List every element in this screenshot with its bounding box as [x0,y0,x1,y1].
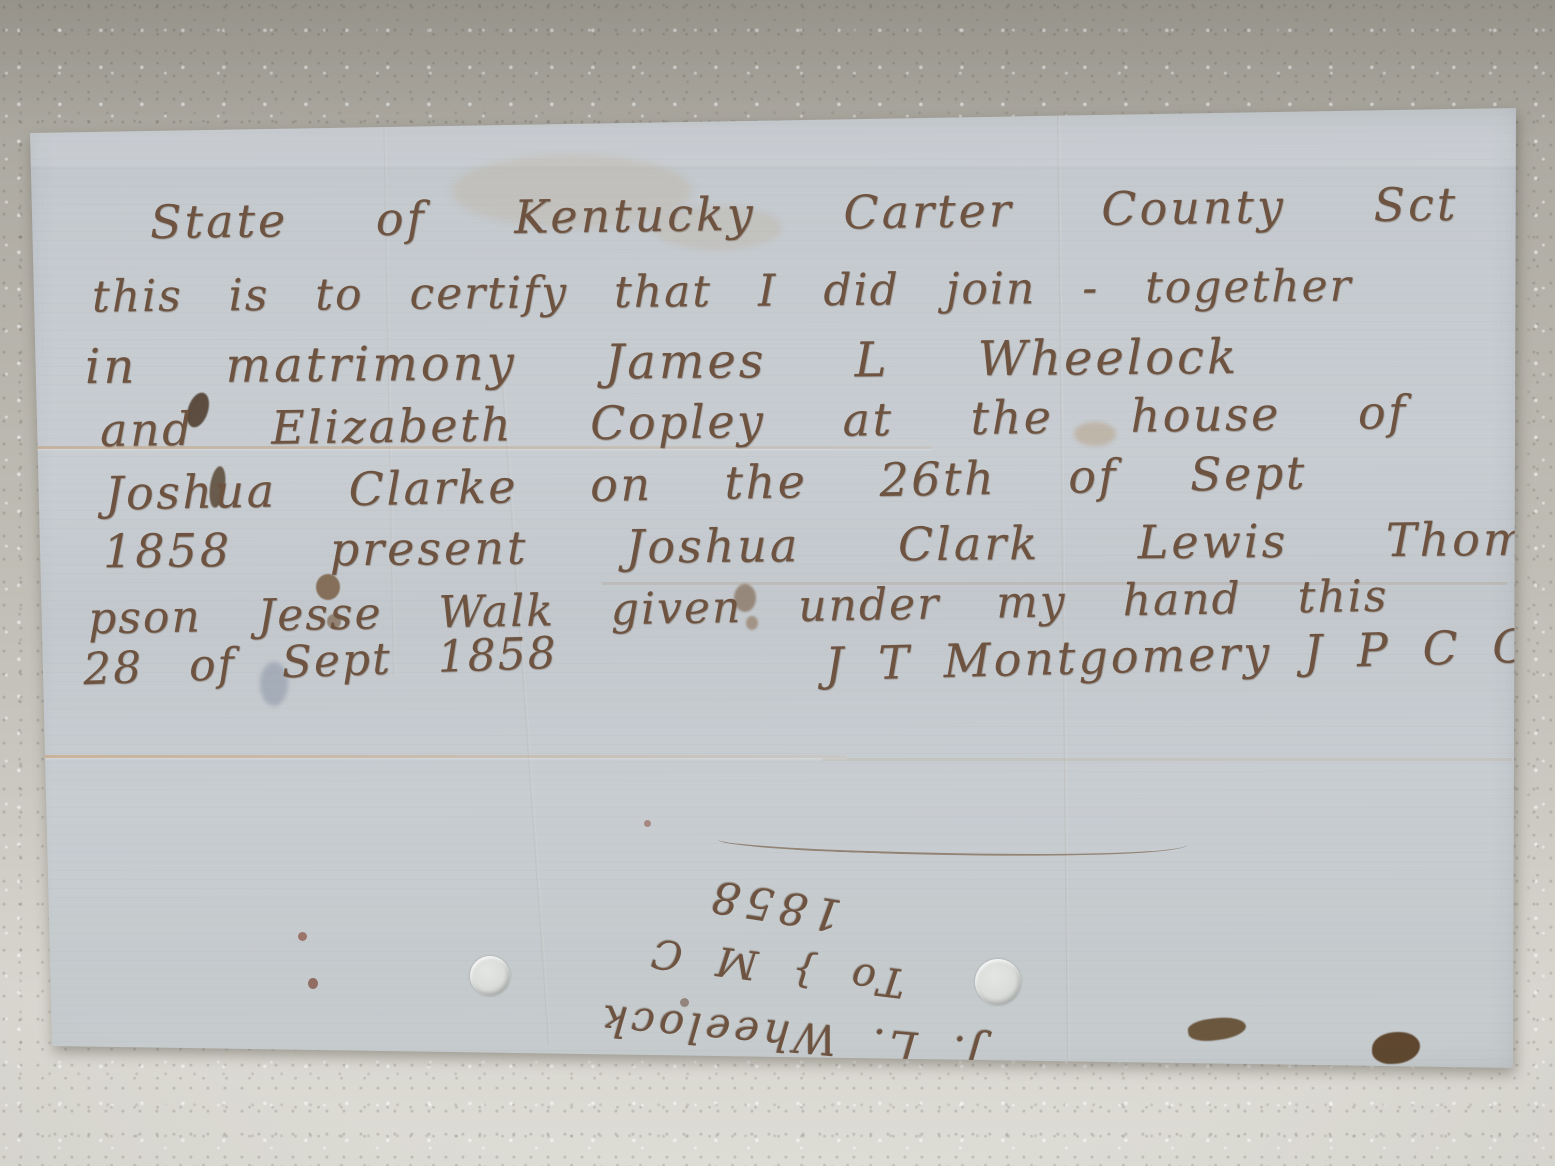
docket-name: J. L. Wheelock [545,994,985,1074]
signature: J T Montgomery J P C C [825,623,1531,687]
punch-hole [470,956,510,996]
fold-crease-horizontal [27,755,847,758]
punch-hole [975,959,1021,1005]
handwritten-line-8: 28 of Sept 1858 [82,632,558,693]
docket-label: To } M C [547,920,907,1003]
paper-top-fold-band [22,108,1522,166]
handwritten-line-3: in matrimony James L Wheelock [85,333,1239,391]
handwritten-line-6: 1858 present Joshua Clark Lewis Thom [103,516,1530,574]
stain [1187,1014,1247,1044]
document-paper: State of Kentucky Carter County Sct this… [22,96,1522,1076]
handwritten-line-2: this is to certify that I did join - tog… [92,265,1353,320]
paper-sheet: State of Kentucky Carter County Sct this… [22,96,1522,1076]
handwritten-line-5: Joshua Clarke on the 26th of Sept [105,450,1307,517]
photo-of-document: State of Kentucky Carter County Sct this… [0,0,1555,1166]
docket-upside-down: J. L. Wheelock To } M C 1858 [545,756,1005,1077]
handwritten-line-4: and Elizabeth Copley at the house of [100,389,1408,453]
speck [298,932,307,941]
handwritten-line-1: State of Kentucky Carter County Sct [150,181,1459,245]
stain [1372,1032,1420,1064]
docket-year: 1858 [549,848,844,937]
fold-crease-horizontal [822,758,1512,761]
speck [308,978,318,989]
